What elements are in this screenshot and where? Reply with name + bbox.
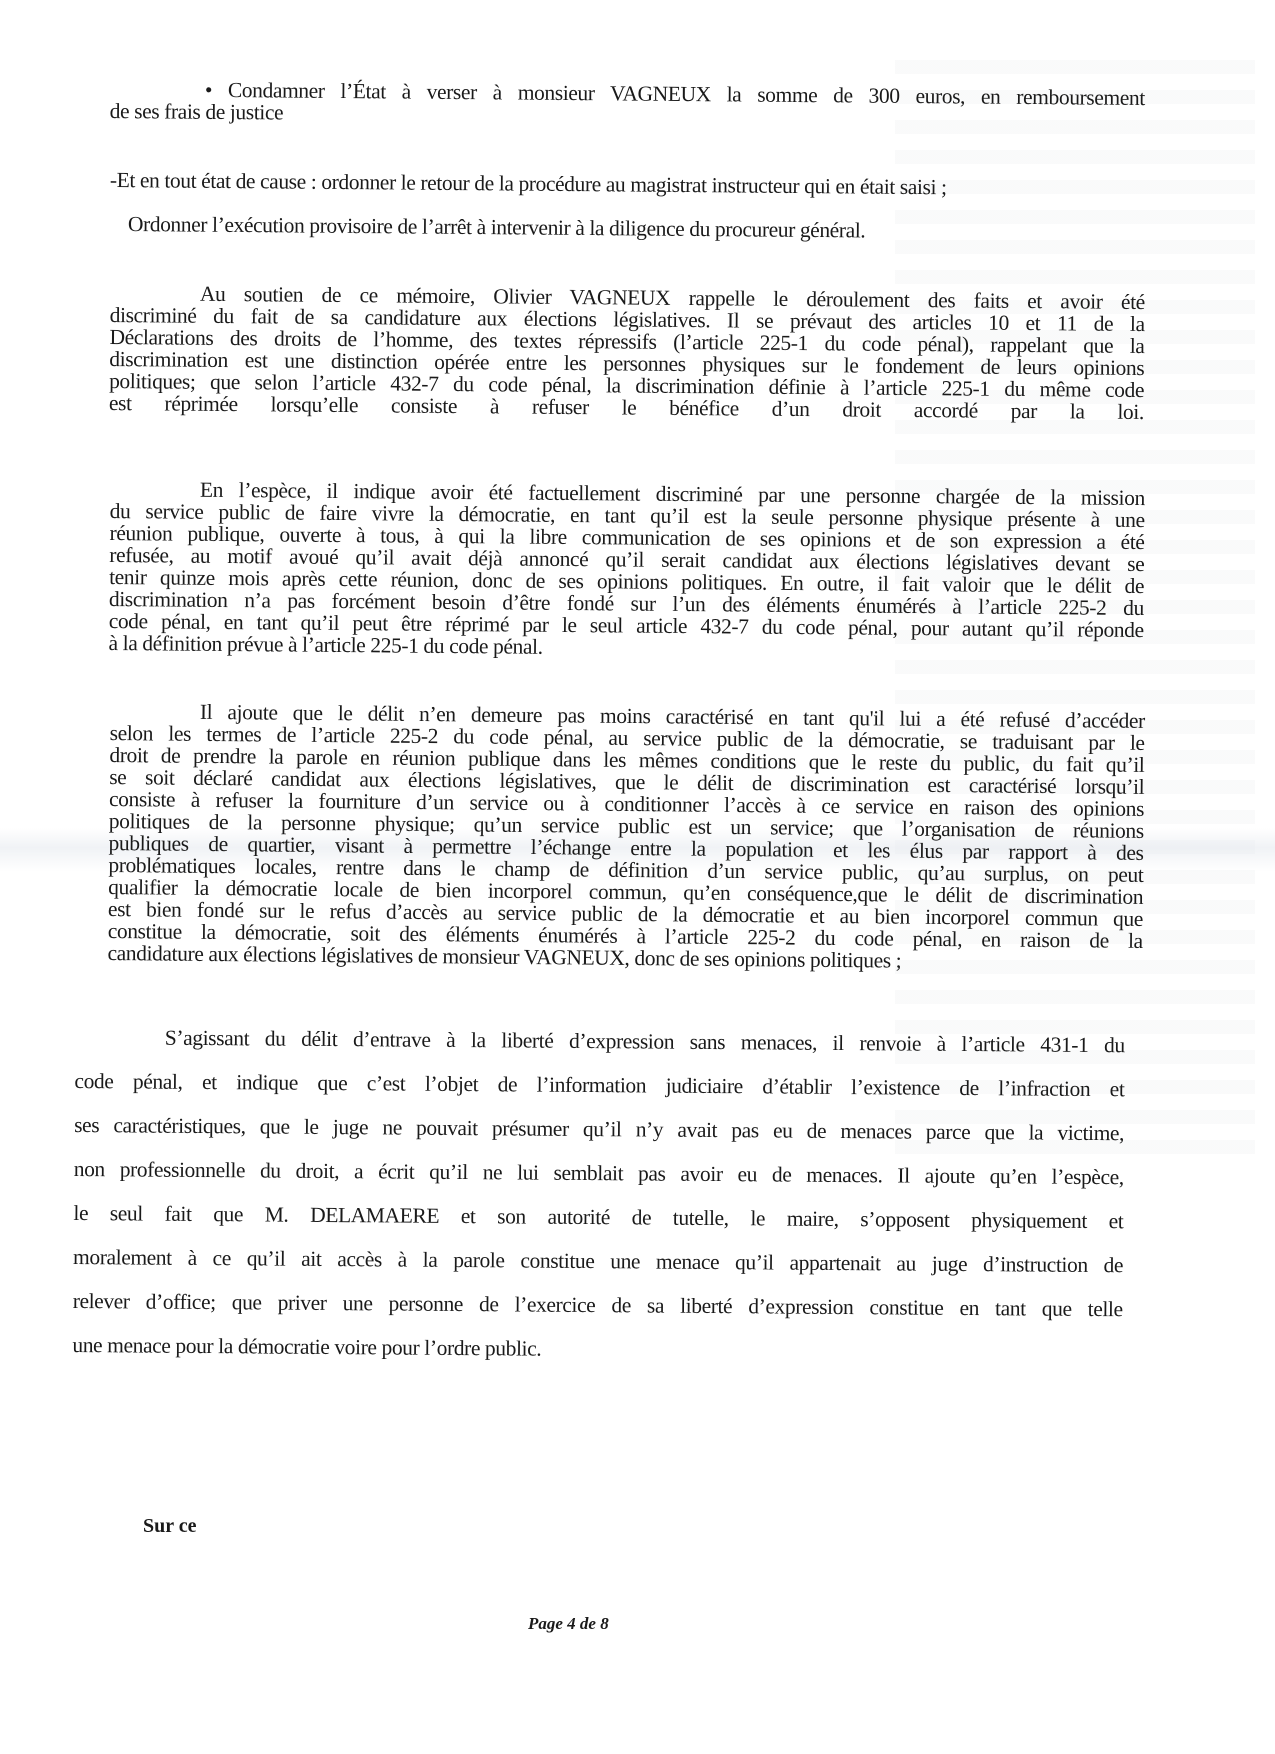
paragraph-condamner: • Condamner l’État à verser à monsieur V… xyxy=(110,78,1145,131)
paragraph-en-l-espece: En l’espèce, il indique avoir été factue… xyxy=(108,478,1144,663)
document-page: • Condamner l’État à verser à monsieur V… xyxy=(0,0,1275,1754)
section-heading: Sur ce xyxy=(143,1515,197,1538)
paragraph-s-agissant: S’agissant du délit d’entrave à la liber… xyxy=(72,1015,1125,1375)
paragraph-il-ajoute: Il ajoute que le délit n’en demeure pas … xyxy=(107,700,1144,974)
text-line: une menace pour la démocratie voire pour… xyxy=(72,1323,1122,1375)
page-number: Page 4 de 8 xyxy=(528,1614,609,1634)
paragraph-au-soutien: Au soutien de ce mémoire, Olivier VAGNEU… xyxy=(109,282,1145,423)
